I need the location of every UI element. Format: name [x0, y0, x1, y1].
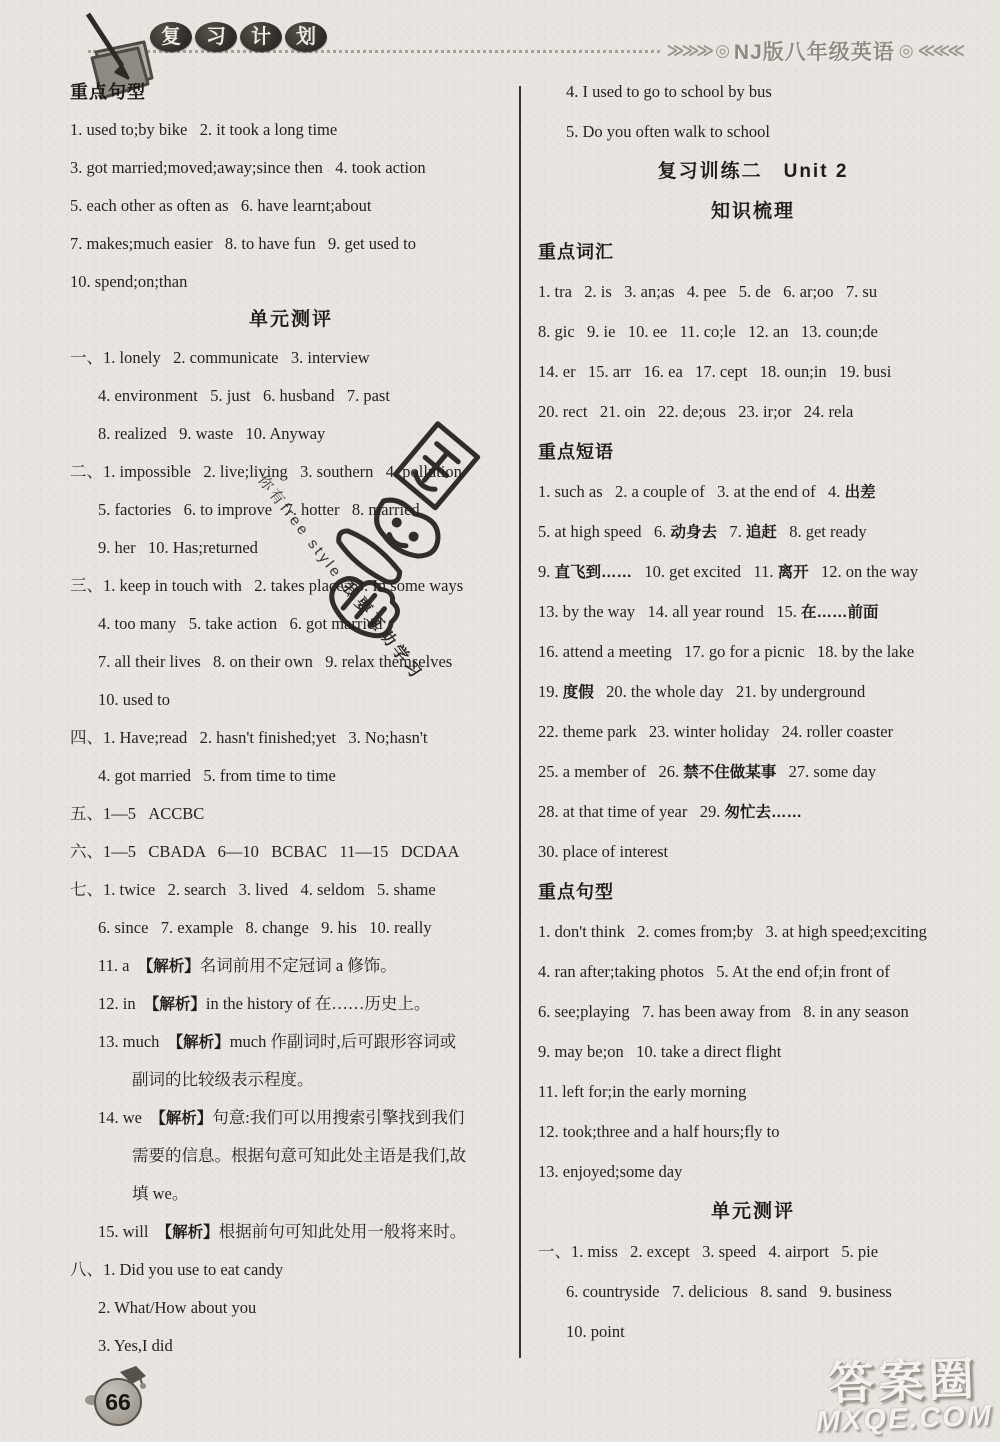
answer-line: 4. ran after;taking photos 5. At the end… [538, 952, 968, 992]
answer-text: 4. ran after;taking photos 5. At the end… [538, 962, 890, 981]
answer-line: 五、1—5 ACCBC [70, 795, 512, 833]
chevrons-left-icon: ≪≪≪ [918, 41, 962, 61]
answer-line: 30. place of interest [538, 832, 968, 872]
answer-text: 副词的比较级表示程度。 [132, 1070, 314, 1089]
answer-text: 12. took;three and a half hours;fly to [538, 1122, 779, 1141]
answer-line: 5. at high speed 6. 动身去 7. 追赶 8. get rea… [538, 512, 968, 552]
answer-line: 5. Do you often walk to school [538, 112, 968, 152]
answer-line: 8. gic 9. ie 10. ee 11. co;le 12. an 13.… [538, 312, 968, 352]
answer-text: 1. used to;by bike 2. it took a long tim… [70, 120, 337, 139]
answer-line: 4. I used to go to school by bus [538, 72, 968, 112]
answer-text: 二、1. impossible 2. live;living 3. southe… [70, 462, 462, 481]
answer-text: 27. some day [776, 762, 876, 781]
answer-text: 15. will [98, 1222, 157, 1241]
answer-line: 28. at that time of year 29. 匆忙去…… [538, 792, 968, 832]
answer-line: 10. used to [70, 681, 512, 719]
answer-line: 1. don't think 2. comes from;by 3. at hi… [538, 912, 968, 952]
globe-dot-icon: ◎ [715, 41, 730, 61]
emphasis-text: 直飞到…… [555, 564, 633, 581]
answer-text: 5. factories 6. to improve 7. hotter 8. … [98, 500, 420, 519]
chevrons-right-icon: ≫≫≫ [667, 41, 711, 61]
emphasis-text: 【解析】 [168, 1034, 230, 1051]
answer-line: 11. a 【解析】名词前用不定冠词 a 修饰。 [70, 947, 512, 985]
answer-text: 16. attend a meeting 17. go for a picnic… [538, 642, 914, 661]
answer-line: 二、1. impossible 2. live;living 3. southe… [70, 453, 512, 491]
answer-text: 13. enjoyed;some day [538, 1162, 682, 1181]
answer-line: 八、1. Did you use to eat candy [70, 1251, 512, 1289]
answer-line: 14. er 15. arr 16. ea 17. cept 18. oun;i… [538, 352, 968, 392]
answer-text: 22. theme park 23. winter holiday 24. ro… [538, 722, 893, 741]
answer-text: 5. Do you often walk to school [566, 122, 770, 141]
answer-line: 填 we。 [70, 1175, 512, 1213]
globe-dot-icon: ◎ [899, 41, 914, 61]
answer-line: 20. rect 21. oin 22. de;ous 23. ir;or 24… [538, 392, 968, 432]
answer-text: 3. got married;moved;away;since then 4. … [70, 158, 426, 177]
emphasis-text: 动身去 [670, 524, 717, 541]
column-divider [519, 86, 521, 1358]
answer-line: 6. since 7. example 8. change 9. his 10.… [70, 909, 512, 947]
logo-char-badge: 习 [195, 22, 237, 52]
answer-text: 根据前句可知此处用一般将来时。 [219, 1222, 467, 1241]
answer-text: 6. countryside 7. delicious 8. sand 9. b… [566, 1282, 892, 1301]
answer-text: 填 we。 [132, 1184, 188, 1203]
answer-text: 20. the whole day 21. by underground [594, 682, 865, 701]
answer-text: 28. at that time of year 29. [538, 802, 725, 821]
section-heading: 重点句型 [70, 73, 512, 111]
answer-text: 10. spend;on;than [70, 272, 187, 291]
answer-line: 一、1. miss 2. except 3. speed 4. airport … [538, 1232, 968, 1272]
answer-line: 12. took;three and a half hours;fly to [538, 1112, 968, 1152]
answer-text: 4. environment 5. just 6. husband 7. pas… [98, 386, 390, 405]
answer-text: 4. too many 5. take action 6. got marrie… [98, 614, 383, 633]
answer-text: 12. in [98, 994, 144, 1013]
answer-text: 八、1. Did you use to eat candy [70, 1260, 283, 1279]
section-heading: 复习训练二 Unit 2 [538, 152, 968, 192]
answer-text: 一、1. lonely 2. communicate 3. interview [70, 348, 370, 367]
answer-text: 四、1. Have;read 2. hasn't finished;yet 3.… [70, 728, 427, 747]
answer-line: 8. realized 9. waste 10. Anyway [70, 415, 512, 453]
answer-text: 七、1. twice 2. search 3. lived 4. seldom … [70, 880, 436, 899]
answer-text: 6. see;playing 7. has been away from 8. … [538, 1002, 909, 1021]
edition-title: NJ版八年级英语 [734, 36, 895, 66]
answer-line: 一、1. lonely 2. communicate 3. interview [70, 339, 512, 377]
section-heading: 单元测评 [538, 1192, 968, 1232]
section-heading: 重点句型 [538, 872, 968, 912]
answer-line: 3. got married;moved;away;since then 4. … [70, 149, 512, 187]
answer-text: 7. [717, 522, 746, 541]
answer-text: 5. each other as often as 6. have learnt… [70, 196, 371, 215]
answer-text: 1. such as 2. a couple of 3. at the end … [538, 482, 845, 501]
answer-text: 重点词汇 [538, 242, 614, 262]
right-answer-column: 4. I used to go to school by bus5. Do yo… [538, 72, 968, 1352]
answer-text: 知识梳理 [711, 201, 795, 222]
answer-line: 25. a member of 26. 禁不住做某事 27. some day [538, 752, 968, 792]
answer-text: 25. a member of 26. [538, 762, 683, 781]
answer-line: 15. will 【解析】根据前句可知此处用一般将来时。 [70, 1213, 512, 1251]
answer-text: 1. don't think 2. comes from;by 3. at hi… [538, 922, 927, 941]
answer-text: 重点句型 [70, 82, 146, 102]
answer-text: 9. [538, 562, 555, 581]
answer-text: much 作副词时,后可跟形容词或 [230, 1032, 456, 1051]
answer-line: 1. tra 2. is 3. an;as 4. pee 5. de 6. ar… [538, 272, 968, 312]
site-url: MXQE.COM [815, 1401, 993, 1439]
site-name: 答案圈 [814, 1355, 993, 1407]
answer-text: 13. much [98, 1032, 168, 1051]
answer-text: 11. a [98, 956, 138, 975]
section-heading: 知识梳理 [538, 192, 968, 232]
answer-text: 复习训练二 Unit 2 [658, 161, 849, 182]
emphasis-text: 【解析】 [138, 958, 200, 975]
answer-text: 需要的信息。根据句意可知此处主语是我们,故 [132, 1146, 466, 1165]
answer-text: 9. her 10. Has;returned [98, 538, 258, 557]
answer-text: 30. place of interest [538, 842, 668, 861]
section-heading: 重点短语 [538, 432, 968, 472]
answer-text: 三、1. keep in touch with 2. takes place 3… [70, 576, 463, 595]
answer-text: 2. What/How about you [98, 1298, 256, 1317]
answer-line: 6. see;playing 7. has been away from 8. … [538, 992, 968, 1032]
answer-line: 9. 直飞到…… 10. get excited 11. 离开 12. on t… [538, 552, 968, 592]
answer-text: 11. left for;in the early morning [538, 1082, 746, 1101]
emphasis-text: 在……前面 [801, 604, 879, 621]
answer-line: 副词的比较级表示程度。 [70, 1061, 512, 1099]
answer-text: 8. gic 9. ie 10. ee 11. co;le 12. an 13.… [538, 322, 878, 341]
answer-text: 19. [538, 682, 563, 701]
answer-text: 4. got married 5. from time to time [98, 766, 336, 785]
left-answer-column: 重点句型1. used to;by bike 2. it took a long… [70, 73, 512, 1365]
answer-line: 22. theme park 23. winter holiday 24. ro… [538, 712, 968, 752]
answer-line: 7. all their lives 8. on their own 9. re… [70, 643, 512, 681]
answer-line: 12. in 【解析】in the history of 在……历史上。 [70, 985, 512, 1023]
answer-line: 10. spend;on;than [70, 263, 512, 301]
answer-line: 9. her 10. Has;returned [70, 529, 512, 567]
answer-line: 13. by the way 14. all year round 15. 在…… [538, 592, 968, 632]
answer-line: 7. makes;much easier 8. to have fun 9. g… [70, 225, 512, 263]
emphasis-text: 禁不住做某事 [683, 764, 776, 781]
answer-text: 10. point [566, 1322, 625, 1341]
answer-text: 14. we [98, 1108, 150, 1127]
emphasis-text: 度假 [563, 684, 594, 701]
emphasis-text: 匆忙去…… [725, 804, 803, 821]
answer-line: 4. environment 5. just 6. husband 7. pas… [70, 377, 512, 415]
logo-char-badge: 计 [240, 22, 282, 52]
emphasis-text: 追赶 [746, 524, 777, 541]
emphasis-text: 【解析】 [144, 996, 206, 1013]
answer-text: 名词前用不定冠词 a 修饰。 [200, 956, 397, 975]
answer-line: 5. factories 6. to improve 7. hotter 8. … [70, 491, 512, 529]
site-watermark: 答案圈 MXQE.COM [814, 1355, 994, 1439]
answer-line: 10. point [538, 1312, 968, 1352]
answer-text: 句意:我们可以用搜索引擎找到我们 [212, 1108, 464, 1127]
section-heading: 重点词汇 [538, 232, 968, 272]
answer-text: 六、1—5 CBADA 6—10 BCBAC 11—15 DCDAA [70, 842, 459, 861]
emphasis-text: 【解析】 [157, 1224, 219, 1241]
answer-text: 20. rect 21. oin 22. de;ous 23. ir;or 24… [538, 402, 853, 421]
page-number: 66 [94, 1378, 142, 1426]
answer-text: 单元测评 [249, 309, 333, 330]
answer-line: 2. What/How about you [70, 1289, 512, 1327]
answer-line: 9. may be;on 10. take a direct flight [538, 1032, 968, 1072]
answer-text: 6. since 7. example 8. change 9. his 10.… [98, 918, 432, 937]
header-edition: ≫≫≫ ◎ NJ版八年级英语 ◎ ≪≪≪ [663, 36, 966, 66]
answer-line: 13. enjoyed;some day [538, 1152, 968, 1192]
answer-text: 一、1. miss 2. except 3. speed 4. airport … [538, 1242, 878, 1261]
answer-line: 4. got married 5. from time to time [70, 757, 512, 795]
answer-line: 11. left for;in the early morning [538, 1072, 968, 1112]
answer-line: 三、1. keep in touch with 2. takes place 3… [70, 567, 512, 605]
answer-line: 6. countryside 7. delicious 8. sand 9. b… [538, 1272, 968, 1312]
answer-line: 1. such as 2. a couple of 3. at the end … [538, 472, 968, 512]
answer-text: 8. realized 9. waste 10. Anyway [98, 424, 325, 443]
answer-line: 19. 度假 20. the whole day 21. by undergro… [538, 672, 968, 712]
logo-char-badge: 划 [285, 22, 327, 52]
emphasis-text: 出差 [845, 484, 876, 501]
answer-text: 8. get ready [777, 522, 867, 541]
answer-text: 4. I used to go to school by bus [566, 82, 772, 101]
answer-line: 六、1—5 CBADA 6—10 BCBAC 11—15 DCDAA [70, 833, 512, 871]
answer-text: in the history of 在……历史上。 [206, 994, 431, 1013]
answer-line: 需要的信息。根据句意可知此处主语是我们,故 [70, 1137, 512, 1175]
answer-text: 3. Yes,I did [98, 1336, 173, 1355]
answer-text: 重点句型 [538, 882, 614, 902]
answer-line: 16. attend a meeting 17. go for a picnic… [538, 632, 968, 672]
page-number-badge: 66 [80, 1360, 164, 1442]
answer-text: 10. used to [98, 690, 170, 709]
answer-line: 5. each other as often as 6. have learnt… [70, 187, 512, 225]
answer-line: 4. too many 5. take action 6. got marrie… [70, 605, 512, 643]
answer-line: 七、1. twice 2. search 3. lived 4. seldom … [70, 871, 512, 909]
answer-text: 7. makes;much easier 8. to have fun 9. g… [70, 234, 416, 253]
answer-line: 14. we 【解析】句意:我们可以用搜索引擎找到我们 [70, 1099, 512, 1137]
answer-line: 13. much 【解析】much 作副词时,后可跟形容词或 [70, 1023, 512, 1061]
section-heading: 单元测评 [70, 301, 512, 339]
emphasis-text: 【解析】 [150, 1110, 212, 1127]
answer-text: 12. on the way [809, 562, 919, 581]
answer-text: 5. at high speed 6. [538, 522, 670, 541]
answer-text: 单元测评 [711, 1201, 795, 1222]
answer-text: 10. get excited 11. [632, 562, 778, 581]
answer-key-page: 复 习 计 划 ≫≫≫ ◎ NJ版八年级英语 ◎ ≪≪≪ 重点句型1. used… [0, 0, 1000, 1442]
answer-line: 四、1. Have;read 2. hasn't finished;yet 3.… [70, 719, 512, 757]
answer-text: 9. may be;on 10. take a direct flight [538, 1042, 781, 1061]
emphasis-text: 离开 [778, 564, 809, 581]
answer-line: 1. used to;by bike 2. it took a long tim… [70, 111, 512, 149]
answer-text: 重点短语 [538, 442, 614, 462]
logo-review-plan: 复 习 计 划 [150, 22, 327, 52]
answer-text: 1. tra 2. is 3. an;as 4. pee 5. de 6. ar… [538, 282, 877, 301]
answer-text: 五、1—5 ACCBC [70, 804, 204, 823]
answer-text: 7. all their lives 8. on their own 9. re… [98, 652, 452, 671]
answer-text: 14. er 15. arr 16. ea 17. cept 18. oun;i… [538, 362, 891, 381]
logo-char-badge: 复 [150, 22, 192, 52]
answer-text: 13. by the way 14. all year round 15. [538, 602, 801, 621]
